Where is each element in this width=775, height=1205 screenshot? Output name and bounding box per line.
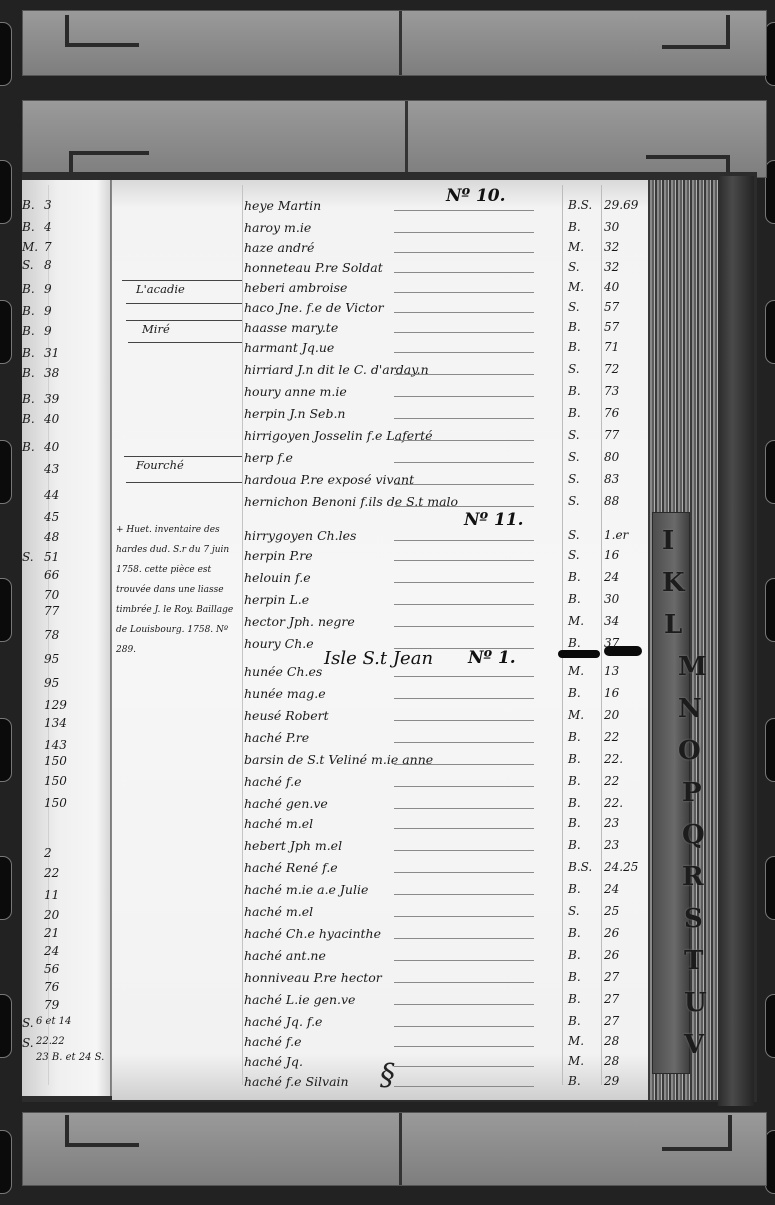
entry-name: haché Jq. [244,1054,303,1069]
entry-type: M. [568,664,608,678]
entry-type: B. [568,774,608,788]
entry-name: houry Ch.e [244,636,314,651]
register-entry: helouin f.eB.24 [244,570,664,590]
entry-type: S. [568,300,608,314]
entry-type: B. [568,220,608,234]
entry-name: haché f.e [244,774,301,789]
register-entry: heusé RobertM.20 [244,708,664,728]
entry-number: 24 [604,882,684,896]
left-page-number: 70 [44,588,59,602]
entry-type: B. [568,730,608,744]
margin-rule [124,456,242,457]
film-sprocket [765,856,775,920]
entry-number: 16 [604,686,684,700]
register-entry: haché P.reB.22 [244,730,664,750]
entry-type: B. [568,592,608,606]
entry-type: B. [568,406,608,420]
entry-number: 22. [604,796,684,810]
left-page-number: 38 [44,366,59,380]
left-page-type: S. [22,550,34,564]
register-entry: haché m.elS.25 [244,904,664,924]
entry-number: 16 [604,548,684,562]
entry-number: 57 [604,300,684,314]
entry-type: B. [568,948,608,962]
entry-leader-line [394,850,534,851]
entry-leader-line [394,742,534,743]
entry-name: haasse mary.te [244,320,338,335]
entry-type: B. [568,882,608,896]
index-letter[interactable]: Q [682,814,716,856]
register-entry: haché m.ie a.e JulieB.24 [244,882,664,902]
entry-name: hebert Jph m.el [244,838,342,853]
left-page-type: B. [22,346,35,360]
entry-leader-line [394,938,534,939]
entry-leader-line [394,540,534,541]
end-paragraph-mark: § [380,1058,395,1093]
entry-type: B. [568,384,608,398]
left-page-number: 22.22 [36,1036,65,1047]
entry-type: M. [568,614,608,628]
left-page-number: 9 [44,282,52,296]
entry-type: M. [568,1054,608,1068]
left-page-type: S. [22,258,34,272]
register-entry: haché f.eB.22 [244,774,664,794]
left-page-type: M. [22,240,38,254]
left-page-type: B. [22,412,35,426]
entry-name: honneteau P.re Soldat [244,260,383,275]
entry-leader-line [394,232,534,233]
register-entry: hector Jph. negreM.34 [244,614,664,634]
left-page-type: S. [22,1016,34,1030]
left-page-number: 134 [44,716,67,730]
entry-number: 25 [604,904,684,918]
entry-number: 73 [604,384,684,398]
register-entry: hunée Ch.esM.13 [244,664,664,684]
entry-number: 83 [604,472,684,486]
film-sprocket [0,300,12,364]
left-page-number: 11 [44,888,59,902]
entry-name: houry anne m.ie [244,384,347,399]
register-entry: harmant Jq.ueB.71 [244,340,664,360]
entry-leader-line [394,720,534,721]
register-entry: hirrygoyen Ch.lesS.1.er [244,528,664,548]
register-entry: hirrigoyen Josselin f.e LafertéS.77 [244,428,664,448]
left-page-type: B. [22,198,35,212]
left-page-number: 6 et 14 [36,1016,71,1027]
entry-type: B. [568,1074,608,1088]
entry-type: S. [568,548,608,562]
entry-type: M. [568,708,608,722]
register-entry: haché Jq.M.28 [244,1054,664,1074]
index-letter[interactable]: S [684,898,716,940]
entry-name: harmant Jq.ue [244,340,334,355]
film-sprocket [0,994,12,1058]
entry-leader-line [394,506,534,507]
entry-number: 27 [604,992,684,1006]
entry-number: 30 [604,220,684,234]
entry-number: 32 [604,260,684,274]
entry-leader-line [394,698,534,699]
entry-type: B. [568,796,608,810]
book-spine [718,176,754,1106]
entry-leader-line [394,582,534,583]
entry-type: B. [568,570,608,584]
entry-leader-line [394,462,534,463]
entry-leader-line [394,1086,534,1087]
register-entry: haché Ch.e hyacintheB.26 [244,926,664,946]
left-page-type: B. [22,282,35,296]
register-entry: haché René f.eB.S.24.25 [244,860,664,880]
entry-type: S. [568,472,608,486]
left-page-number: 51 [44,550,59,564]
entry-leader-line [394,332,534,333]
entry-leader-line [394,872,534,873]
entry-name: haze andré [244,240,314,255]
entry-leader-line [394,764,534,765]
entry-number: 23 [604,816,684,830]
left-page-type: B. [22,220,35,234]
entry-leader-line [394,210,534,211]
entry-number: 22. [604,752,684,766]
entry-name: hardoua P.re exposé vivant [244,472,414,487]
left-page-type: B. [22,304,35,318]
entry-leader-line [394,272,534,273]
left-page-number: 77 [44,604,59,618]
entry-name: haco Jne. f.e de Victor [244,300,384,315]
margin-rule [126,320,242,321]
column-rule [242,185,243,1085]
register-entry: heberi ambroiseM.40 [244,280,664,300]
film-sprocket [765,718,775,782]
entry-number: 24.25 [604,860,684,874]
entry-type: B. [568,926,608,940]
entry-leader-line [394,808,534,809]
film-frame-top-2 [22,100,767,178]
left-page-number: 39 [44,392,59,406]
entry-number: 57 [604,320,684,334]
register-entry: honniveau P.re hectorB.27 [244,970,664,990]
entry-name: herpin P.re [244,548,313,563]
film-sprocket [0,440,12,504]
left-page-number: 56 [44,962,59,976]
entry-type: B. [568,992,608,1006]
entry-name: hector Jph. negre [244,614,355,629]
entry-name: heye Martin [244,198,321,213]
entry-name: haché f.e [244,1034,301,1049]
left-page-type: B. [22,392,35,406]
entry-name: hirrygoyen Ch.les [244,528,356,543]
film-sprocket [0,856,12,920]
film-sprocket [765,994,775,1058]
left-page [22,180,112,1096]
margin-note-huet: + Huet. inventaire des hardes dud. S.r d… [116,520,242,660]
left-page-number: 143 [44,738,67,752]
register-entry: barsin de S.t Veliné m.ie anneB.22. [244,752,664,772]
entry-leader-line [394,374,534,375]
entry-name: hunée Ch.es [244,664,322,679]
entry-leader-line [394,828,534,829]
entry-number: 28 [604,1054,684,1068]
entry-number: 37 [604,636,684,650]
entry-number: 22 [604,774,684,788]
entry-leader-line [394,982,534,983]
entry-number: 26 [604,948,684,962]
entry-name: herp f.e [244,450,293,465]
entry-leader-line [394,1046,534,1047]
register-entry: hernichon Benoni f.ils de S.t maloS.88 [244,494,664,514]
entry-name: haché m.el [244,904,313,919]
entry-name: haché gen.ve [244,796,328,811]
entry-leader-line [394,292,534,293]
entry-type: B. [568,320,608,334]
entry-leader-line [394,1066,534,1067]
entry-name: haché ant.ne [244,948,326,963]
register-entry: herp f.eS.80 [244,450,664,470]
entry-name: haché Ch.e hyacinthe [244,926,381,941]
register-entry: hirriard J.n dit le C. d'arday.nS.72 [244,362,664,382]
film-sprocket [0,718,12,782]
entry-number: 29 [604,1074,684,1088]
entry-leader-line [394,648,534,649]
index-letter[interactable]: P [682,772,716,814]
left-page-type: B. [22,440,35,454]
film-sprocket [0,1130,12,1194]
left-page-number: 31 [44,346,59,360]
entry-type: B. [568,686,608,700]
entry-type: S. [568,494,608,508]
entry-leader-line [394,252,534,253]
entry-number: 76 [604,406,684,420]
entry-type: B.S. [568,198,608,212]
entry-type: B. [568,752,608,766]
entry-number: 22 [604,730,684,744]
entry-number: 27 [604,970,684,984]
entry-number: 26 [604,926,684,940]
entry-name: helouin f.e [244,570,311,585]
margin-label-fourche: Fourché [136,458,184,472]
entry-number: 30 [604,592,684,606]
entry-type: B. [568,340,608,354]
register-entry: haché L.ie gen.veB.27 [244,992,664,1012]
film-sprocket [0,22,12,86]
register-entry: hunée mag.eB.16 [244,686,664,706]
entry-name: herpin L.e [244,592,309,607]
entry-number: 29.69 [604,198,684,212]
entry-name: haché Jq. f.e [244,1014,322,1029]
register-entry: houry Ch.eB.37 [244,636,664,656]
left-page-number: 3 [44,198,52,212]
left-page-number: 79 [44,998,59,1012]
register-entry: honneteau P.re SoldatS.32 [244,260,664,280]
left-page-number: 4 [44,220,52,234]
register-entry: haché gen.veB.22. [244,796,664,816]
entry-name: haroy m.ie [244,220,311,235]
entry-leader-line [394,676,534,677]
entry-number: 88 [604,494,684,508]
index-letter[interactable]: R [682,856,716,898]
entry-name: haché f.e Silvain [244,1074,349,1089]
entry-name: haché m.el [244,816,313,831]
left-page-number: 129 [44,698,67,712]
left-page-number: 23 B. et 24 S. [36,1052,104,1063]
entry-leader-line [394,560,534,561]
entry-name: haché P.re [244,730,309,745]
entry-type: S. [568,528,608,542]
entry-leader-line [394,894,534,895]
left-page-number: 43 [44,462,59,476]
entry-type: B. [568,816,608,830]
entry-name: haché René f.e [244,860,338,875]
entry-name: haché m.ie a.e Julie [244,882,368,897]
entry-type: S. [568,260,608,274]
entry-type: S. [568,362,608,376]
index-letter[interactable]: T [684,940,716,982]
entry-number: 77 [604,428,684,442]
left-page-number: 8 [44,258,52,272]
entry-leader-line [394,1004,534,1005]
left-page-number: 150 [44,796,67,810]
margin-label-lacadie: L'acadie [136,282,185,296]
left-page-number: 40 [44,412,59,426]
entry-type: B. [568,838,608,852]
register-entry: herpin L.eB.30 [244,592,664,612]
margin-rule [126,303,242,304]
entry-number: 1.er [604,528,684,542]
register-entry: haché Jq. f.eB.27 [244,1014,664,1034]
entry-number: 80 [604,450,684,464]
entry-type: M. [568,1034,608,1048]
register-entry: heye MartinB.S.29.69 [244,198,664,218]
left-page-number: 95 [44,652,59,666]
margin-rule [126,482,242,483]
left-page-number: 9 [44,304,52,318]
left-page-number: 9 [44,324,52,338]
entry-type: B. [568,970,608,984]
left-page-number: 95 [44,676,59,690]
left-page-number: 2 [44,846,52,860]
entry-leader-line [394,312,534,313]
register-entry: hebert Jph m.elB.23 [244,838,664,858]
margin-rule [122,280,242,281]
entry-leader-line [394,626,534,627]
entry-name: haché L.ie gen.ve [244,992,355,1007]
register-entry: haché f.eM.28 [244,1034,664,1054]
entry-leader-line [394,418,534,419]
register-entry: haze andréM.32 [244,240,664,260]
left-page-number: 24 [44,944,59,958]
register-entry: houry anne m.ieB.73 [244,384,664,404]
register-entry: herpin J.n Seb.nB.76 [244,406,664,426]
film-sprocket [0,160,12,224]
left-page-type: B. [22,366,35,380]
entry-type: S. [568,450,608,464]
entry-leader-line [394,960,534,961]
left-page-number: 45 [44,510,59,524]
film-frame-top-1 [22,10,767,76]
left-page-number: 20 [44,908,59,922]
entry-number: 20 [604,708,684,722]
entry-type: B. [568,1014,608,1028]
entry-number: 27 [604,1014,684,1028]
entry-leader-line [394,440,534,441]
entry-type: S. [568,904,608,918]
left-page-number: 22 [44,866,59,880]
entry-name: heberi ambroise [244,280,347,295]
film-sprocket [765,300,775,364]
entry-leader-line [394,604,534,605]
entry-leader-line [394,396,534,397]
index-letter[interactable]: V [684,1024,716,1066]
index-letter[interactable]: U [684,982,716,1024]
left-page-number: 48 [44,530,59,544]
left-page-number: 150 [44,774,67,788]
margin-label-mire: Miré [142,322,170,336]
register-entry: haco Jne. f.e de VictorS.57 [244,300,664,320]
entry-leader-line [394,352,534,353]
register-entry: haché ant.neB.26 [244,948,664,968]
register-entry: haché f.e SilvainB.29 [244,1074,664,1094]
entry-type: M. [568,240,608,254]
entry-number: 23 [604,838,684,852]
register-entry: hardoua P.re exposé vivantS.83 [244,472,664,492]
entry-number: 13 [604,664,684,678]
left-page-number: 21 [44,926,59,940]
entry-name: honniveau P.re hector [244,970,382,985]
entry-number: 32 [604,240,684,254]
left-page-number: 78 [44,628,59,642]
left-page-number: 66 [44,568,59,582]
entry-number: 24 [604,570,684,584]
entry-leader-line [394,786,534,787]
margin-rule [128,342,242,343]
entry-type: B. [568,636,608,650]
entry-number: 72 [604,362,684,376]
entry-name: hunée mag.e [244,686,326,701]
entry-number: 40 [604,280,684,294]
film-sprocket [765,578,775,642]
entry-type: S. [568,428,608,442]
left-page-number: 44 [44,488,59,502]
left-page-number: 76 [44,980,59,994]
entry-number: 71 [604,340,684,354]
entry-number: 34 [604,614,684,628]
film-frame-bottom [22,1112,767,1186]
entry-name: herpin J.n Seb.n [244,406,345,421]
entry-type: M. [568,280,608,294]
register-entry: haché m.elB.23 [244,816,664,836]
entry-leader-line [394,1026,534,1027]
left-page-number: 40 [44,440,59,454]
left-page-number: 150 [44,754,67,768]
entry-name: heusé Robert [244,708,329,723]
film-sprocket [0,578,12,642]
film-sprocket [765,440,775,504]
left-page-type: S. [22,1036,34,1050]
entry-leader-line [394,484,534,485]
entry-number: 28 [604,1034,684,1048]
entry-leader-line [394,916,534,917]
left-page-type: B. [22,324,35,338]
left-page-number: 7 [44,240,52,254]
register-entry: herpin P.reS.16 [244,548,664,568]
entry-type: B.S. [568,860,608,874]
register-entry: haroy m.ieB.30 [244,220,664,240]
register-entry: haasse mary.teB.57 [244,320,664,340]
